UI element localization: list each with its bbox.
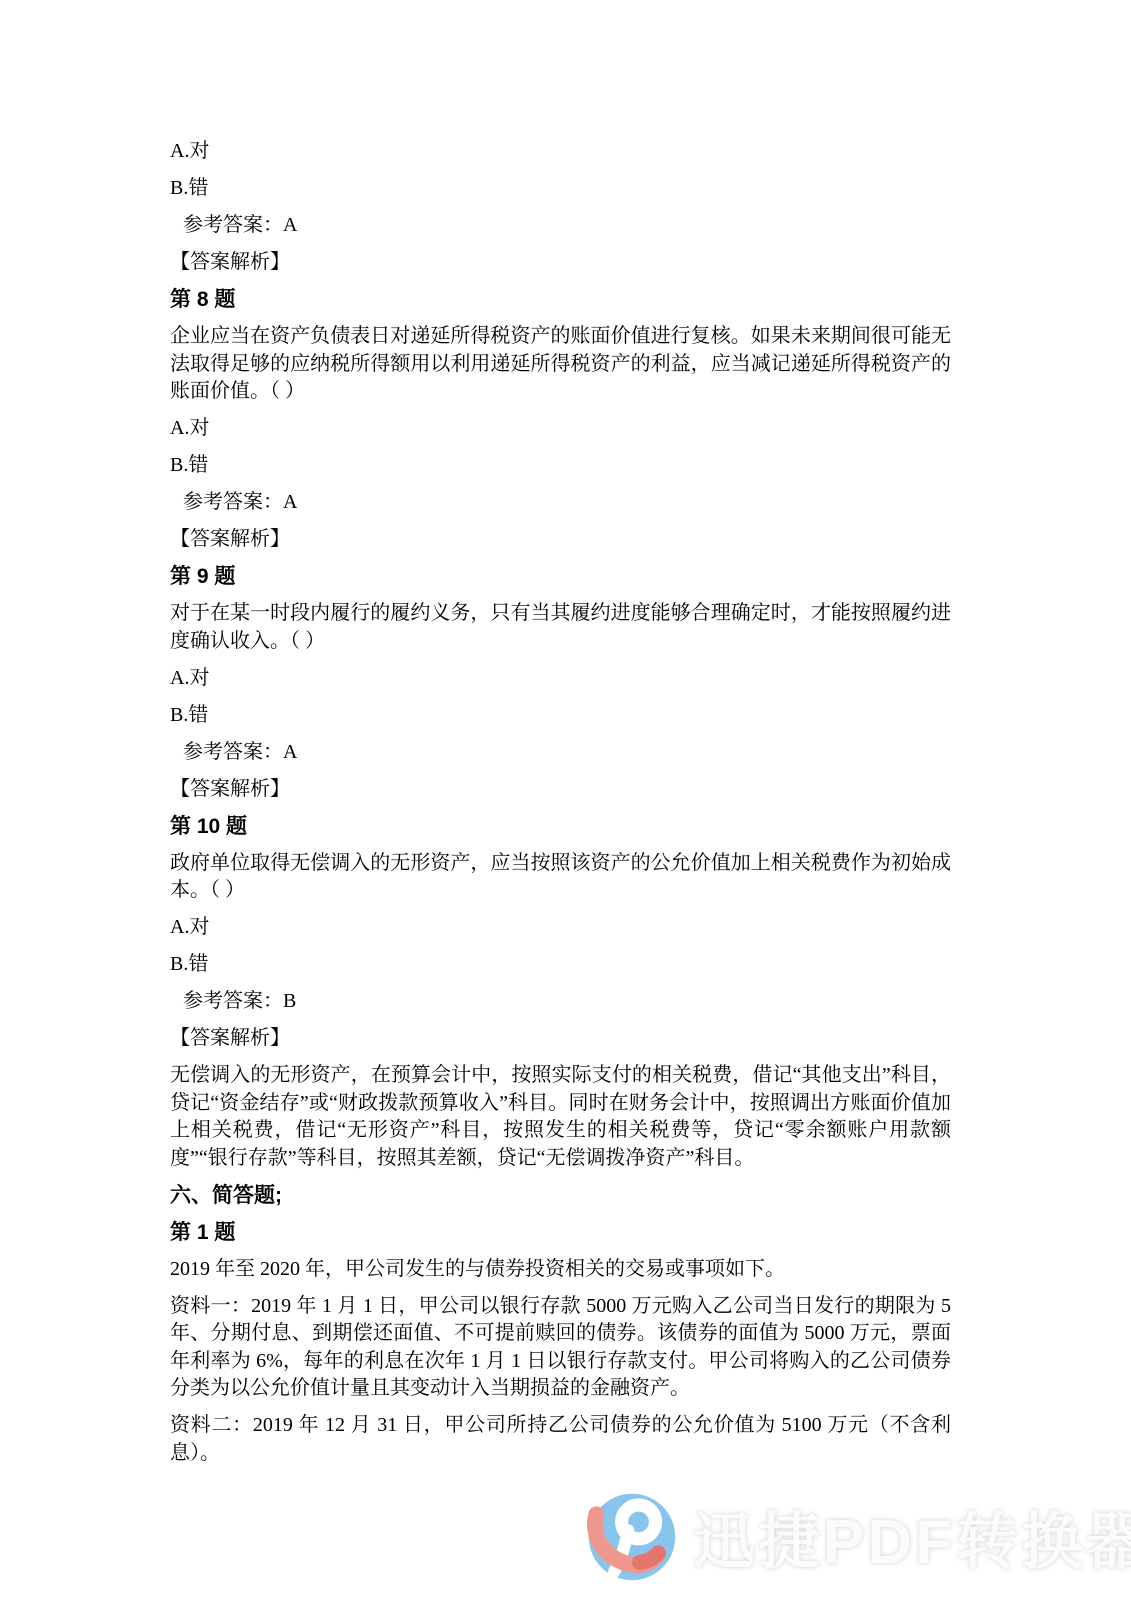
q7-option-b: B.错 [170,175,951,203]
q8-reference-answer: 参考答案：A [170,489,951,517]
q8-text: 企业应当在资产负债表日对递延所得税资产的账面价值进行复核。如果未来期间很可能无法… [170,323,951,406]
q10-text: 政府单位取得无偿调入的无形资产，应当按照该资产的公允价值加上相关税费作为初始成本… [170,850,951,905]
q10-analysis-text: 无偿调入的无形资产，在预算会计中，按照实际支付的相关税费，借记“其他支出”科目，… [170,1062,951,1172]
pdf-converter-watermark: 迅捷PDF转换器 [585,1489,1131,1583]
q10-option-b: B.错 [170,951,951,979]
q8-title: 第 8 题 [170,286,951,314]
q7-analysis-label: 【答案解析】 [170,249,951,277]
q10-reference-answer: 参考答案：B [170,988,951,1016]
pdf-converter-watermark-text: 迅捷PDF转换器 [693,1492,1131,1581]
s6-q1-material-2: 资料二：2019 年 12 月 31 日，甲公司所持乙公司债券的公允价值为 51… [170,1412,951,1467]
q10-option-a: A.对 [170,914,951,942]
q9-reference-answer: 参考答案：A [170,739,951,767]
q10-analysis-label: 【答案解析】 [170,1025,951,1053]
q8-option-a: A.对 [170,415,951,443]
s6-q1-material-1: 资料一：2019 年 1 月 1 日，甲公司以银行存款 5000 万元购入乙公司… [170,1293,951,1403]
q7-reference-answer: 参考答案：A [170,212,951,240]
q9-analysis-label: 【答案解析】 [170,776,951,804]
q9-title: 第 9 题 [170,563,951,591]
q8-analysis-label: 【答案解析】 [170,526,951,554]
q7-option-a: A.对 [170,138,951,166]
document-content: A.对 B.错 参考答案：A 【答案解析】 第 8 题 企业应当在资产负债表日对… [170,138,951,1477]
q9-text: 对于在某一时段内履行的履约义务，只有当其履约进度能够合理确定时，才能按照履约进度… [170,600,951,655]
s6-q1-title: 第 1 题 [170,1219,951,1247]
pdf-converter-logo-icon [585,1489,679,1583]
q8-option-b: B.错 [170,452,951,480]
q9-option-a: A.对 [170,665,951,693]
section-six-title: 六、简答题; [170,1182,951,1210]
s6-q1-intro: 2019 年至 2020 年，甲公司发生的与债券投资相关的交易或事项如下。 [170,1256,951,1284]
document-page: A.对 B.错 参考答案：A 【答案解析】 第 8 题 企业应当在资产负债表日对… [0,0,1131,1600]
q9-option-b: B.错 [170,702,951,730]
q10-title: 第 10 题 [170,813,951,841]
